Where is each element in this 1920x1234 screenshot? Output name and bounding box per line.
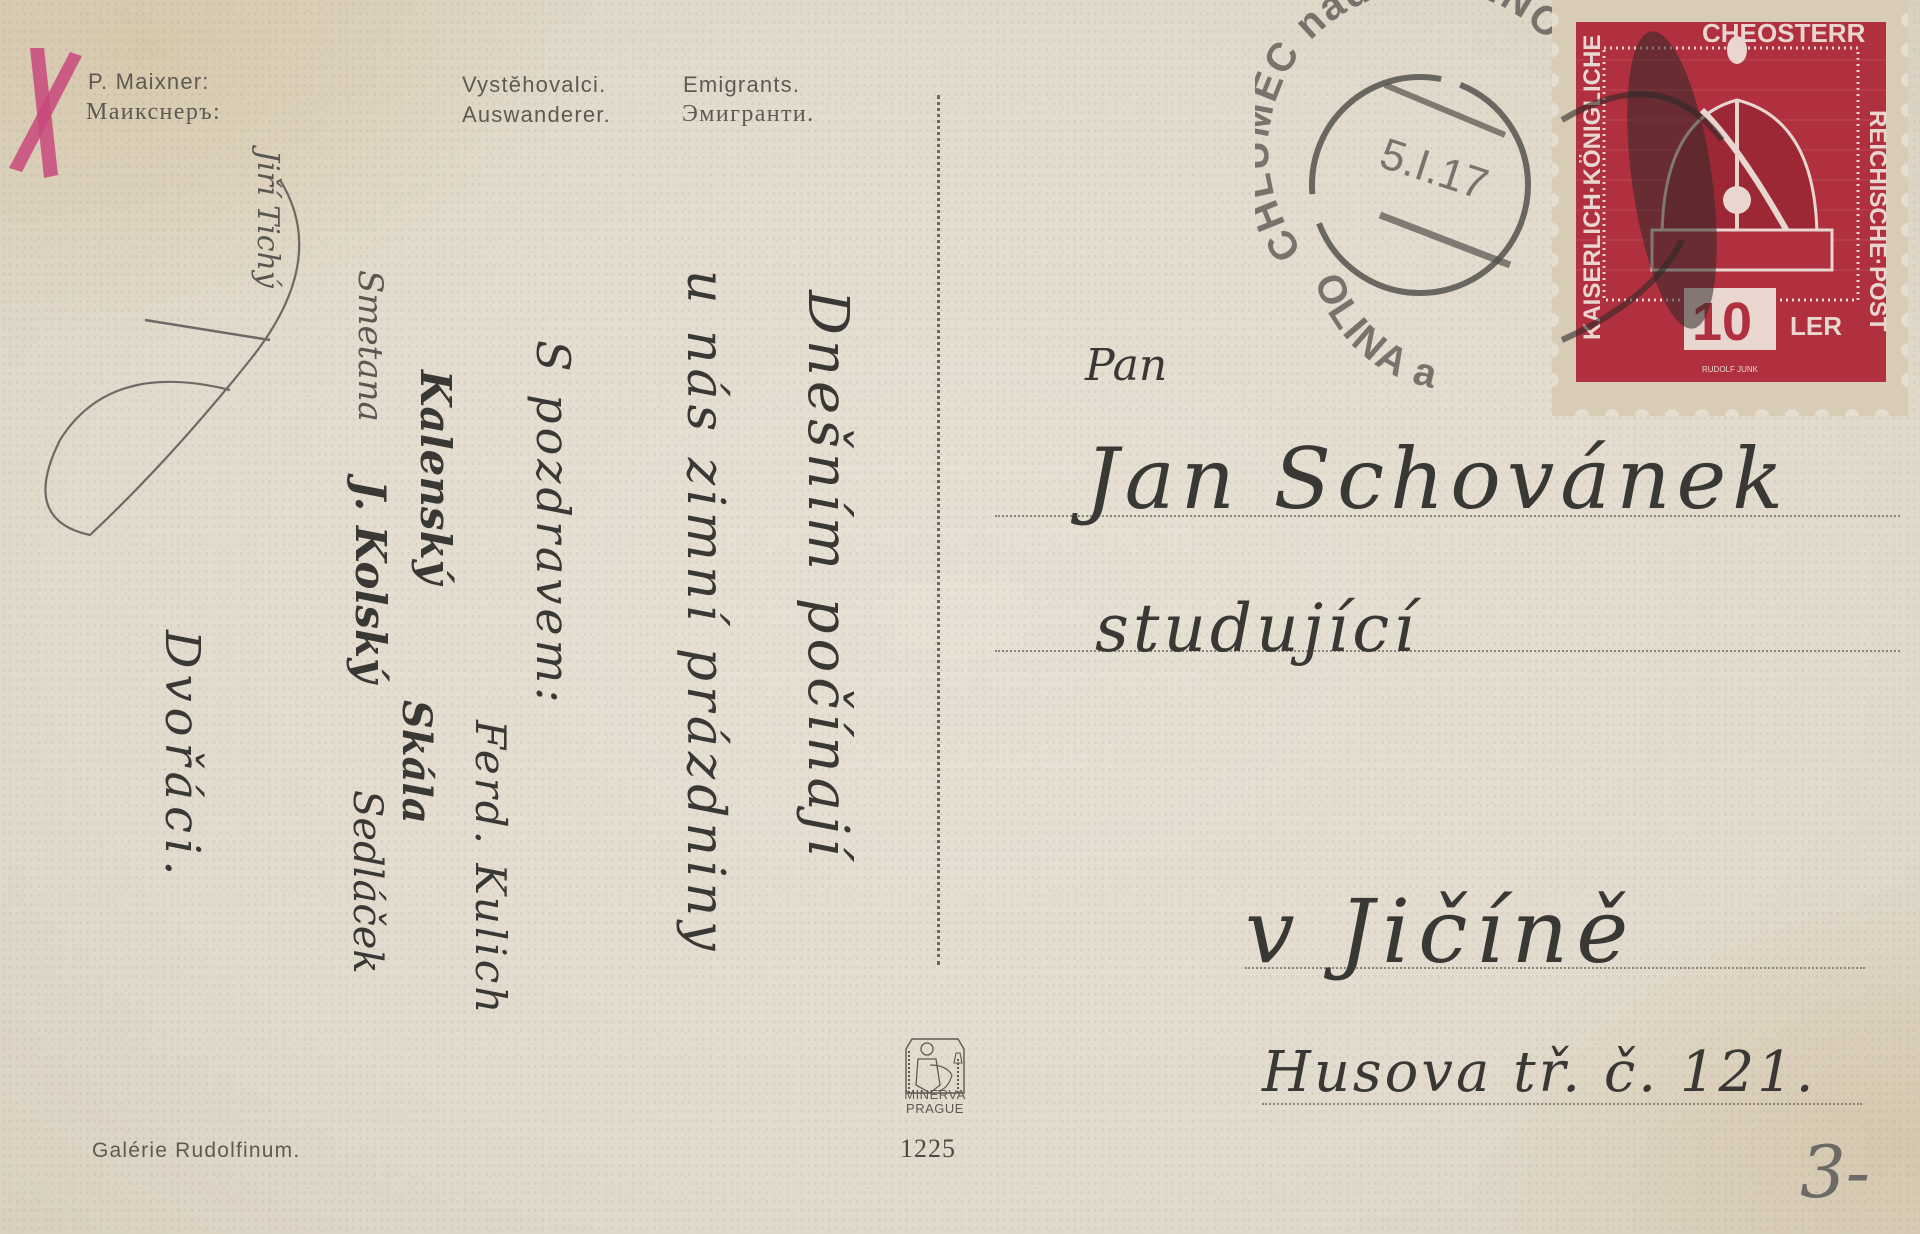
artist-name-latin: P. Maixner: (88, 67, 210, 97)
svg-text:REICHISCHE·POST: REICHISCHE·POST (1864, 110, 1891, 332)
svg-text:KAISERLICH·KÖNIGLICHE: KAISERLICH·KÖNIGLICHE (1579, 35, 1606, 340)
center-divider (937, 95, 940, 965)
postmark-icon: CHLUMEC nad CIDLINOU OLINA a 5.I.17 (1255, 0, 1595, 410)
postmark-ring-text-bottom: OLINA a (1306, 267, 1443, 397)
title-english: Emigrants. (683, 70, 800, 100)
artist-name-cyrillic: Маикснеръ: (86, 97, 221, 127)
address-city: v Jičíně (1245, 880, 1636, 983)
pencil-note: 3- (1800, 1130, 1870, 1214)
message-line-1: Dnešním počínají (795, 290, 860, 861)
message-signature-3: J. Kolský (346, 480, 395, 683)
message-closing: Dvořáci. (154, 630, 210, 882)
message-signature-4: Skála (393, 700, 440, 824)
svg-text:OLINA a: OLINA a (1306, 267, 1443, 397)
logo-text-prague: PRAGUE (897, 1102, 973, 1116)
logo-text-minerva: MINERVA (897, 1088, 973, 1102)
pencil-flourish-icon (30, 140, 310, 540)
svg-text:OSTERR: OSTERR (1757, 18, 1866, 48)
message-signature-5: Smetana (350, 270, 390, 422)
stamp-currency: LER (1790, 311, 1842, 341)
stamp-designer: RUDOLF JUNK (1702, 365, 1759, 374)
address-street: Husova tř. č. 121. (1262, 1040, 1817, 1105)
message-line-3: S pozdravem: (526, 340, 580, 707)
postmark-date: 5.I.17 (1374, 129, 1494, 210)
postage-stamp: CHE OSTERR REICHISCHE·POST KAISERLICH·KÖ… (1552, 0, 1908, 416)
address-name: Jan Schovánek (1085, 430, 1789, 528)
title-russian: Эмигранти. (682, 99, 815, 129)
address-salutation: Pan (1085, 340, 1167, 391)
svg-text:CHE: CHE (1702, 18, 1757, 48)
message-signature-1: Ferd. Kulich (466, 720, 515, 1016)
title-czech: Vystěhovalci. (462, 70, 606, 100)
address-occupation: studující (1095, 590, 1418, 667)
message-signature-2: Kalenský (411, 370, 460, 584)
title-german: Auswanderer. (462, 100, 611, 130)
gallery-name: Galérie Rudolfinum. (92, 1136, 300, 1166)
postcard-back: P. Maixner: Маикснеръ: Vystěhovalci. Emi… (0, 0, 1920, 1234)
card-number: 1225 (900, 1134, 956, 1164)
message-line-2: u nás zimní prázdniny (675, 270, 735, 956)
message-signature-7: Sedláček (344, 790, 390, 974)
